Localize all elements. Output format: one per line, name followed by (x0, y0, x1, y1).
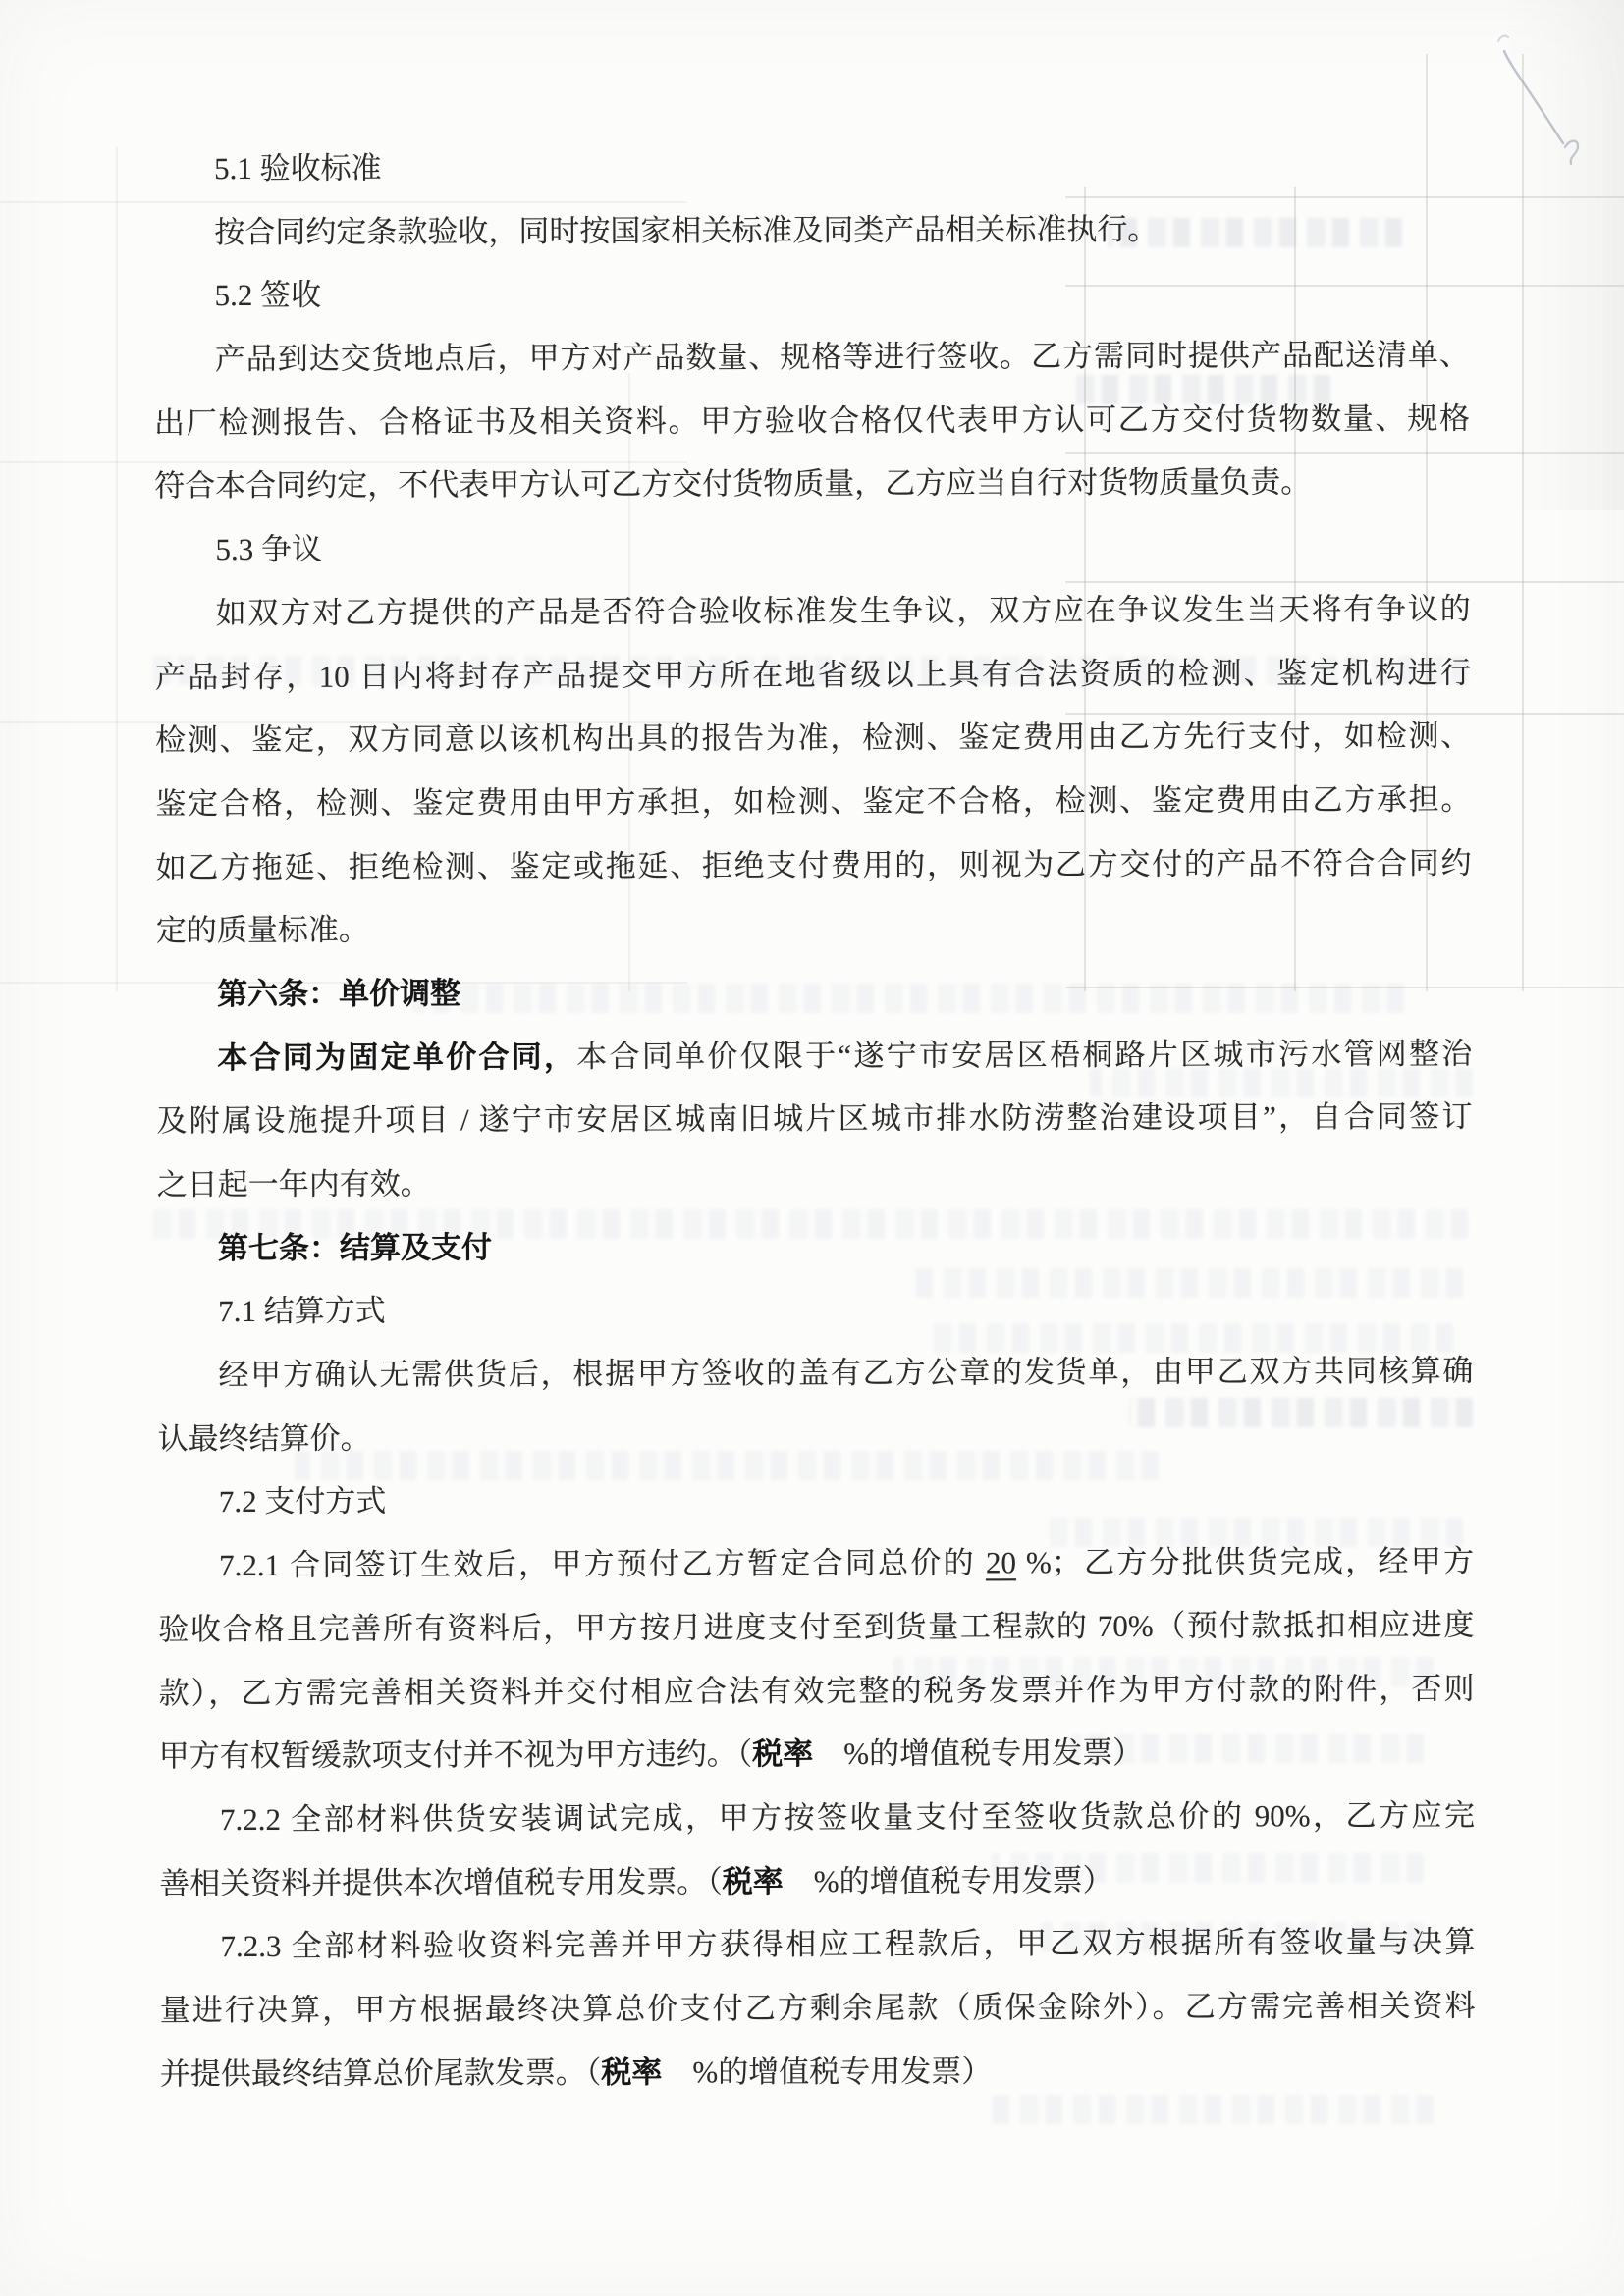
text-line: 认最终结算价。 (158, 1403, 1474, 1470)
text-segment: 验收合格且完善所有资料后，甲方按月进度支付至到货量工程款的 70%（预付款抵扣相… (158, 1607, 1474, 1646)
text-line: 5.3 争议 (154, 514, 1470, 582)
text-segment: 定的质量标准。 (156, 913, 369, 948)
text-line: 经甲方确认无需供货后，根据甲方签收的盖有乙方公章的发货单，由甲乙双方共同核算确 (157, 1340, 1473, 1408)
text-segment: 5.1 验收标准 (214, 151, 382, 187)
text-segment: 本合同单价仅限于“遂宁市安居区梧桐路片区城市污水管网整治 (576, 1036, 1472, 1073)
text-segment: 税率 (752, 1736, 813, 1771)
text-line: 7.2 支付方式 (158, 1467, 1474, 1534)
text-segment: 如双方对乙方提供的产品是否符合验收标准发生争议，双方应在争议发生当天将有争议的 (216, 591, 1471, 629)
text-segment: 及附属设施提升项目 / 遂宁市安居区城南旧城片区城市排水防涝整治建设项目”，自合… (156, 1099, 1472, 1139)
text-segment: 7.2 支付方式 (219, 1484, 387, 1520)
scanned-contract-page: 5.1 验收标准按合同约定条款验收，同时按国家相关标准及同类产品相关标准执行。5… (0, 0, 1624, 2296)
text-segment: 之日起一年内有效。 (157, 1166, 431, 1201)
text-segment: 量进行决算，甲方根据最终决算总价支付乙方剩余尾款（质保金除外）。乙方需完善相关资… (160, 1989, 1476, 2028)
text-line: 5.2 签收 (153, 260, 1469, 328)
text-line: 如乙方拖延、拒绝检测、鉴定或拖延、拒绝支付费用的，则视为乙方交付的产品不符合合同… (155, 831, 1471, 899)
text-segment: 经甲方确认无需供货后，根据甲方签收的盖有乙方公章的发货单，由甲乙双方共同核算确 (218, 1354, 1473, 1392)
text-line: 验收合格且完善所有资料后，甲方按月进度支付至到货量工程款的 70%（预付款抵扣相… (158, 1593, 1474, 1661)
text-segment: 第七条：结算及支付 (218, 1230, 492, 1265)
text-line: 甲方有权暂缓款项支付并不视为甲方违约。（税率 %的增值税专用发票） (159, 1721, 1475, 1789)
text-line: 5.1 验收标准 (153, 133, 1469, 201)
text-line: 量进行决算，甲方根据最终决算总价支付乙方剩余尾款（质保金除外）。乙方需完善相关资… (160, 1975, 1476, 2043)
text-line: 款），乙方需完善相关资料并交付相应合法有效完整的税务发票并作为甲方付款的附件，否… (158, 1657, 1474, 1725)
text-segment: 7.2.2 全部材料供货安装调试完成，甲方按签收量支付至签收货款总价的 90%，… (220, 1798, 1475, 1837)
text-line: 7.2.3 全部材料验收资料完善并甲方获得相应工程款后，甲乙双方根据所有签收量与… (159, 1911, 1475, 1979)
text-line: 7.2.1 合同签订生效后，甲方预付乙方暂定合同总价的 20 %；乙方分批供货完… (158, 1530, 1474, 1598)
text-segment: 本合同为固定单价合同， (217, 1039, 576, 1074)
text-segment: 甲方有权暂缓款项支付并不视为甲方违约。（ (159, 1736, 753, 1773)
text-segment: 7.2.3 全部材料验收资料完善并甲方获得相应工程款后，甲乙双方根据所有签收量与… (220, 1925, 1475, 1963)
text-line: 本合同为固定单价合同，本合同单价仅限于“遂宁市安居区梧桐路片区城市污水管网整治 (156, 1022, 1472, 1090)
bleedthrough-line (116, 147, 118, 991)
text-segment: %的增值税专用发票） (813, 1735, 1143, 1771)
text-segment: %的增值税专用发票） (784, 1863, 1113, 1898)
text-line: 7.1 结算方式 (157, 1276, 1473, 1344)
text-line: 之日起一年内有效。 (157, 1149, 1473, 1217)
text-segment: %的增值税专用发票） (662, 2054, 992, 2089)
text-line: 鉴定合格，检测、鉴定费用由甲方承担，如检测、鉴定不合格，检测、鉴定费用由乙方承担… (155, 769, 1471, 836)
text-line: 产品封存，10 日内将封存产品提交甲方所在地省级以上具有合法资质的检测、鉴定机构… (155, 641, 1471, 709)
text-segment: 税率 (723, 1864, 784, 1898)
text-line: 第七条：结算及支付 (157, 1212, 1473, 1280)
text-segment: 鉴定合格，检测、鉴定费用由甲方承担，如检测、鉴定不合格，检测、鉴定费用由乙方承担… (155, 782, 1471, 822)
text-segment: 第六条：单价调整 (217, 976, 460, 1011)
text-segment: 出厂检测报告、合格证书及相关资料。甲方验收合格仅代表甲方认可乙方交付货物数量、规… (154, 400, 1470, 440)
text-segment: 款），乙方需完善相关资料并交付相应合法有效完整的税务发票并作为甲方付款的附件，否… (158, 1671, 1474, 1710)
contract-text-block: 5.1 验收标准按合同约定条款验收，同时按国家相关标准及同类产品相关标准执行。5… (153, 133, 1476, 2107)
text-line: 出厂检测报告、合格证书及相关资料。甲方验收合格仅代表甲方认可乙方交付货物数量、规… (154, 387, 1470, 454)
text-segment: 产品到达交货地点后，甲方对产品数量、规格等进行签收。乙方需同时提供产品配送清单、 (215, 338, 1470, 376)
text-line: 如双方对乙方提供的产品是否符合验收标准发生争议，双方应在争议发生当天将有争议的 (155, 577, 1471, 645)
scan-edge-shade (1506, 0, 1624, 510)
text-segment: 善相关资料并提供本次增值税专用发票。（ (159, 1864, 723, 1900)
text-line: 并提供最终结算总价尾款发票。（税率 %的增值税专用发票） (160, 2038, 1476, 2106)
text-segment: 如乙方拖延、拒绝检测、鉴定或拖延、拒绝支付费用的，则视为乙方交付的产品不符合合同… (156, 845, 1472, 884)
text-line: 及附属设施提升项目 / 遂宁市安居区城南旧城片区城市排水防涝整治建设项目”，自合… (156, 1086, 1472, 1153)
text-segment: 5.2 签收 (215, 278, 322, 312)
text-segment: 产品封存，10 日内将封存产品提交甲方所在地省级以上具有合法资质的检测、鉴定机构… (155, 655, 1471, 694)
text-line: 产品到达交货地点后，甲方对产品数量、规格等进行签收。乙方需同时提供产品配送清单、 (154, 324, 1470, 392)
text-line: 按合同约定条款验收，同时按国家相关标准及同类产品相关标准执行。 (153, 196, 1469, 264)
text-segment: %；乙方分批供货完成，经甲方 (1016, 1544, 1474, 1580)
text-segment: 5.3 争议 (215, 532, 322, 566)
text-segment: 检测、鉴定，双方同意以该机构出具的报告为准，检测、鉴定费用由乙方先行支付，如检测… (155, 719, 1471, 758)
text-line: 7.2.2 全部材料供货安装调试完成，甲方按签收量支付至签收货款总价的 90%，… (159, 1785, 1475, 1852)
text-segment: 7.1 结算方式 (218, 1294, 386, 1329)
text-line: 定的质量标准。 (156, 895, 1472, 963)
text-segment: 按合同约定条款验收，同时按国家相关标准及同类产品相关标准执行。 (214, 211, 1158, 248)
text-line: 善相关资料并提供本次增值税专用发票。（税率 %的增值税专用发票） (159, 1847, 1475, 1915)
text-segment: 并提供最终结算总价尾款发票。（ (160, 2055, 602, 2091)
text-segment: 20 (986, 1545, 1016, 1579)
text-segment: 税率 (601, 2055, 662, 2089)
text-segment: 认最终结算价。 (158, 1420, 371, 1456)
text-line: 检测、鉴定，双方同意以该机构出具的报告为准，检测、鉴定费用由乙方先行支付，如检测… (155, 705, 1471, 773)
text-line: 符合本合同约定，不代表甲方认可乙方交付货物质量，乙方应当自行对货物质量负责。 (154, 451, 1470, 518)
text-line: 第六条：单价调整 (156, 959, 1472, 1027)
text-segment: 符合本合同约定，不代表甲方认可乙方交付货物质量，乙方应当自行对货物质量负责。 (154, 465, 1311, 504)
text-segment: 7.2.1 合同签订生效后，甲方预付乙方暂定合同总价的 (219, 1546, 986, 1583)
